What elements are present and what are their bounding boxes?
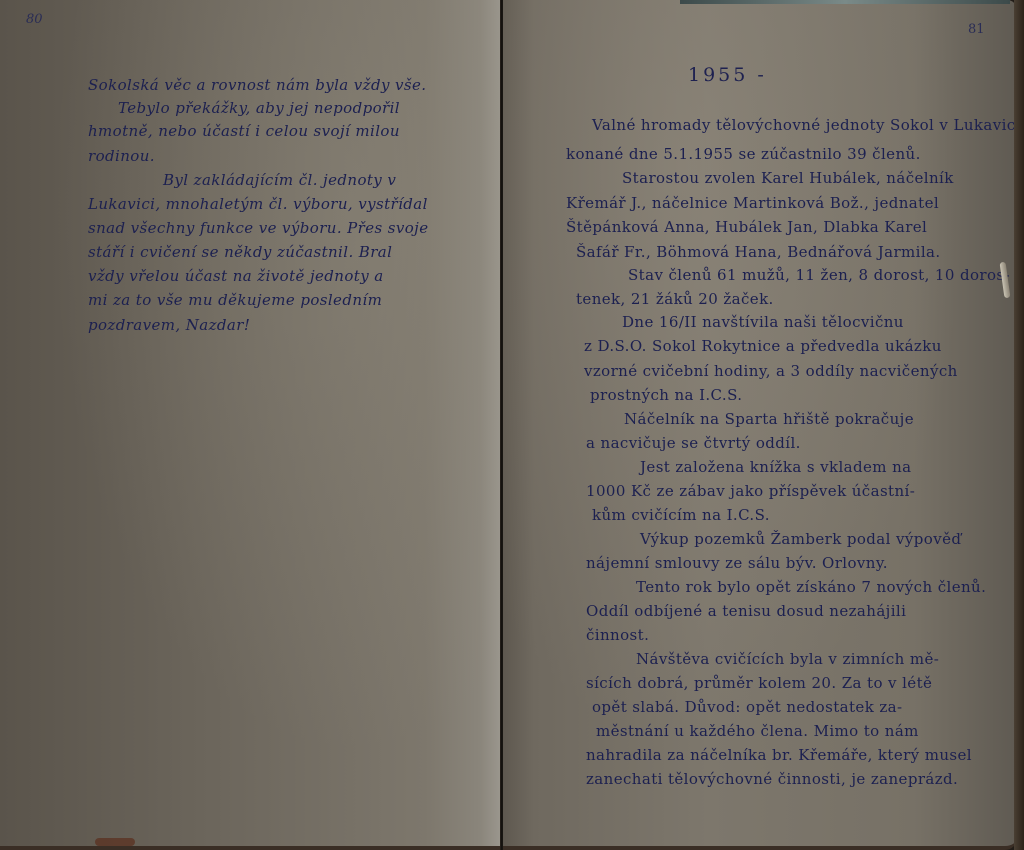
text-line: tenek, 21 žáků 20 žaček. [576, 289, 774, 309]
text-line: snad všechny funkce ve výboru. Přes svoj… [88, 218, 429, 238]
text-line: nájemní smlouvy ze sálu býv. Orlovny. [586, 553, 888, 573]
text-line: pozdravem, Nazdar! [88, 315, 250, 335]
text-line: Byl zakládajícím čl. jednoty v [163, 170, 396, 190]
text-line: rodinou. [88, 146, 155, 166]
text-line: Tebylo překážky, aby jej nepodpořil [118, 98, 400, 118]
year-heading: 1955 - [688, 64, 767, 86]
text-line: konané dne 5.1.1955 se zúčastnilo 39 čle… [566, 144, 921, 164]
text-line: Sokolská věc a rovnost nám byla vždy vše… [88, 75, 426, 95]
text-line: 1000 Kč ze zábav jako příspěvek účastní- [586, 481, 915, 501]
text-line: sících dobrá, průměr kolem 20. Za to v l… [586, 673, 932, 693]
text-line: vzorné cvičební hodiny, a 3 oddíly nacvi… [584, 361, 958, 381]
text-line: Výkup pozemků Žamberk podal výpověď [640, 529, 961, 549]
text-line: Jest založena knížka s vkladem na [640, 457, 912, 477]
text-line: městnání u každého člena. Mimo to nám [596, 721, 919, 741]
text-line: Návštěva cvičících byla v zimních mě- [636, 649, 939, 669]
left-page: 80 Sokolská věc a rovnost nám byla vždy … [0, 0, 500, 850]
book-cover-edge [1014, 0, 1024, 850]
stain-mark [95, 838, 135, 846]
text-line: Náčelník na Sparta hřiště pokračuje [624, 409, 914, 429]
text-line: mi za to vše mu děkujeme posledním [88, 290, 382, 310]
text-line: Oddíl odbíjené a tenisu dosud nezahájili [586, 601, 906, 621]
text-line: hmotně, nebo účastí i celou svojí milou [88, 121, 400, 141]
right-page-number: 81 [968, 22, 985, 37]
text-line: prostných na I.C.S. [590, 385, 742, 405]
text-line: zanechati tělovýchovné činnosti, je zane… [586, 769, 958, 789]
text-line: činnost. [586, 625, 649, 645]
text-line: opět slabá. Důvod: opět nedostatek za- [592, 697, 902, 717]
text-line: Křemář J., náčelnice Martinková Bož., je… [566, 193, 939, 213]
background-strip [680, 0, 1010, 4]
text-line: Starostou zvolen Karel Hubálek, náčelník [622, 168, 954, 188]
book-spread: 80 Sokolská věc a rovnost nám byla vždy … [0, 0, 1024, 850]
text-line: Dne 16/II navštívila naši tělocvičnu [622, 312, 904, 332]
text-line: Valné hromady tělovýchovné jednoty Sokol… [592, 115, 1021, 135]
left-page-number: 80 [26, 12, 43, 27]
text-line: nahradila za náčelníka br. Křemáře, kter… [586, 745, 972, 765]
text-line: kům cvičícím na I.C.S. [592, 505, 770, 525]
text-line: Lukavici, mnohaletým čl. výboru, vystříd… [88, 194, 428, 214]
text-line: vždy vřelou účast na životě jednoty a [88, 266, 384, 286]
text-line: Stav členů 61 mužů, 11 žen, 8 dorost, 10… [628, 265, 1010, 285]
text-line: a nacvičuje se čtvrtý oddíl. [586, 433, 801, 453]
text-line: Tento rok bylo opět získáno 7 nových čle… [636, 577, 986, 597]
text-line: Šafář Fr., Böhmová Hana, Bednářová Jarmi… [576, 242, 941, 262]
text-line: stáří i cvičení se někdy zúčastnil. Bral [88, 242, 392, 262]
text-line: z D.S.O. Sokol Rokytnice a předvedla uká… [584, 336, 942, 356]
text-line: Štěpánková Anna, Hubálek Jan, Dlabka Kar… [566, 217, 927, 237]
